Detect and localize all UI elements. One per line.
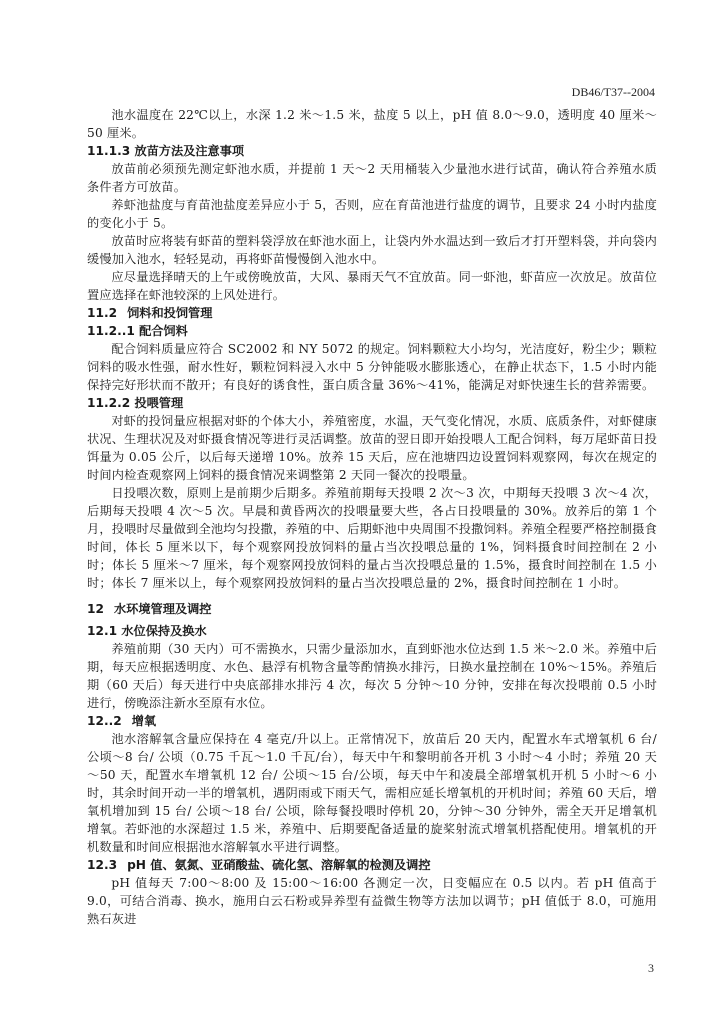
- paragraph: 池水溶解氧含量应保持在 4 毫克/升以上。正常情况下，放苗后 20 天内，配置水…: [87, 730, 657, 856]
- paragraph: 养殖前期（30 天内）可不需换水，只需少量添加水，直到虾池水位达到 1.5 米～…: [87, 640, 657, 712]
- section-heading-11-1-3: 11.1.3 放苗方法及注意事项: [87, 142, 657, 160]
- section-heading-11-2: 11.2饲料和投饲管理: [87, 304, 657, 322]
- section-heading-12-1: 12.1 水位保持及换水: [87, 622, 657, 640]
- heading-title: 投喂管理: [134, 396, 183, 410]
- section-heading-12-2: 12..2增氧: [87, 712, 657, 730]
- document-code-header: DB46/T37--2004: [572, 85, 655, 100]
- page-number: 3: [648, 961, 654, 976]
- heading-number: 12.3: [87, 856, 117, 874]
- heading-title: 水位保持及换水: [121, 624, 206, 638]
- paragraph: 养虾池盐度与育苗池盐度差异应小于 5，否则，应在育苗池进行盐度的调节，且要求 2…: [87, 196, 657, 232]
- paragraph: pH 值每天 7:00～8:00 及 15:00～16:00 各测定一次，日变幅…: [87, 874, 657, 928]
- heading-title: 放苗方法及注意事项: [134, 144, 244, 158]
- heading-title: 配合饲料: [139, 324, 188, 338]
- paragraph: 放苗时应将装有虾苗的塑料袋浮放在虾池水面上，让袋内外水温达到一致后才打开塑料袋，…: [87, 232, 657, 268]
- heading-number: 11.2.2: [87, 394, 130, 412]
- heading-number: 11.2..1: [87, 322, 135, 340]
- heading-number: 12: [87, 600, 104, 618]
- paragraph: 应尽量选择晴天的上午或傍晚放苗，大风、暴雨天气不宜放苗。同一虾池，虾苗应一次放足…: [87, 268, 657, 304]
- heading-title: 水环境管理及调控: [114, 602, 212, 616]
- heading-number: 12.1: [87, 622, 117, 640]
- paragraph: 放苗前必须预先测定虾池水质，并提前 1 天～2 天用桶装入少量池水进行试苗，确认…: [87, 160, 657, 196]
- paragraph: 对虾的投饲量应根据对虾的个体大小，养殖密度，水温，天气变化情况，水质、底质条件，…: [87, 412, 657, 484]
- document-page: DB46/T37--2004 池水温度在 22℃以上，水深 1.2 米～1.5 …: [0, 0, 724, 1024]
- heading-title: 饲料和投饲管理: [127, 306, 212, 320]
- section-heading-11-2-2: 11.2.2 投喂管理: [87, 394, 657, 412]
- section-heading-11-2-1: 11.2..1 配合饲料: [87, 322, 657, 340]
- heading-number: 11.2: [87, 304, 117, 322]
- paragraph: 池水温度在 22℃以上，水深 1.2 米～1.5 米，盐度 5 以上，pH 值 …: [87, 106, 657, 142]
- document-body: 池水温度在 22℃以上，水深 1.2 米～1.5 米，盐度 5 以上，pH 值 …: [87, 106, 657, 928]
- section-heading-12: 12水环境管理及调控: [87, 600, 657, 618]
- heading-title: pH 值、氨氮、亚硝酸盐、硫化氢、溶解氧的检测及调控: [127, 858, 430, 872]
- paragraph: 配合饲料质量应符合 SC2002 和 NY 5072 的规定。饲料颗粒大小均匀，…: [87, 340, 657, 394]
- paragraph: 日投喂次数，原则上是前期少后期多。养殖前期每天投喂 2 次～3 次，中期每天投喂…: [87, 484, 657, 592]
- heading-number: 12..2: [87, 712, 122, 730]
- heading-title: 增氧: [132, 714, 156, 728]
- heading-number: 11.1.3: [87, 142, 130, 160]
- section-heading-12-3: 12.3pH 值、氨氮、亚硝酸盐、硫化氢、溶解氧的检测及调控: [87, 856, 657, 874]
